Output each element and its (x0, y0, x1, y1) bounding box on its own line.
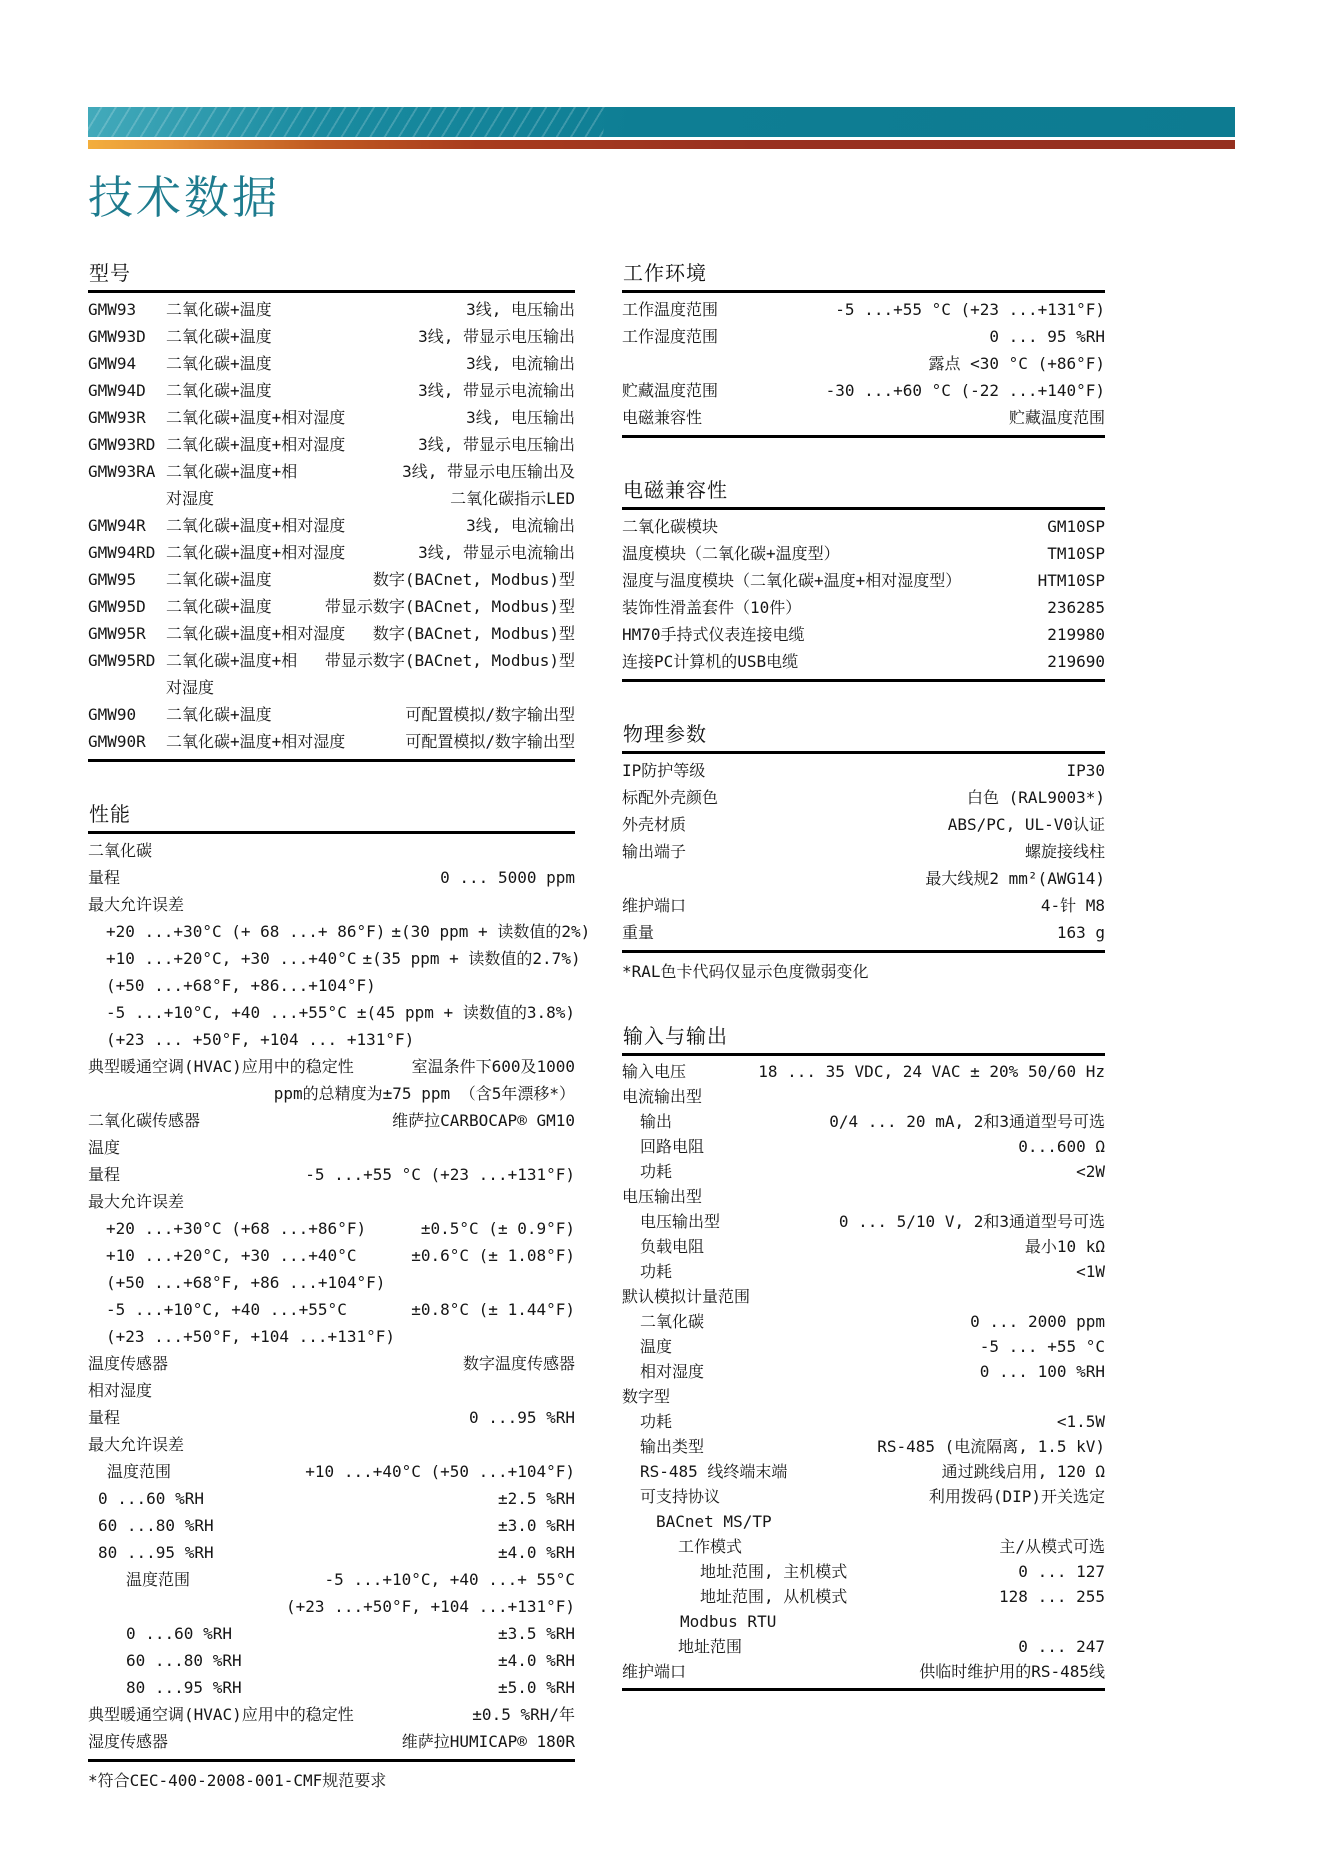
header-banner (88, 107, 1235, 137)
spec-row: 输出类型RS-485 (电流隔离, 1.5 kV) (622, 1434, 1105, 1459)
spec-row: 0 ...60 %RH±3.5 %RH (88, 1620, 575, 1647)
spec-row: 最大允许误差 (88, 1431, 575, 1458)
row-value: 0 ... 95 %RH (724, 323, 1105, 350)
row-key: 连接PC计算机的USB电缆 (622, 648, 798, 675)
row-value: 数字(BACnet, Modbus)型 (278, 566, 575, 593)
section-rows: 二氧化碳量程0 ... 5000 ppm最大允许误差+20 ...+30°C (… (88, 834, 575, 1762)
row-value: 0 ... 127 (853, 1559, 1105, 1584)
spec-row: 连接PC计算机的USB电缆219690 (622, 648, 1105, 675)
row-value: -5 ...+55 °C (+23 ...+131°F) (126, 1161, 575, 1188)
row-value: 18 ... 35 VDC, 24 VAC ± 20% 50/60 Hz (692, 1059, 1105, 1084)
row-key: 二氧化碳模块 (622, 513, 718, 540)
row-value: 0 ... 5000 ppm (126, 864, 575, 891)
row-key: 对湿度 (166, 485, 214, 512)
row-key: 输出端子 (622, 838, 686, 865)
section-physical: 物理参数IP防护等级IP30标配外壳颜色白色 (RAL9003*)外壳材质ABS… (622, 718, 1105, 984)
row-key: 二氧化碳+温度+相对湿度 (166, 620, 345, 647)
spec-row: 地址范围, 主机模式0 ... 127 (622, 1559, 1105, 1584)
row-value: 3线, 电流输出 (278, 350, 575, 377)
model-row: GMW93RD二氧化碳+温度+相对湿度3线, 带显示电压输出 (88, 431, 575, 458)
row-value: 0 ...95 %RH (126, 1404, 575, 1431)
row-key: 工作湿度范围 (622, 323, 718, 350)
row-key: 温度 (622, 1334, 672, 1359)
row-value: HTM10SP (967, 567, 1105, 594)
model-code: GMW93RD (88, 431, 160, 458)
row-value: 利用拨码(DIP)开关选定 (726, 1484, 1105, 1509)
model-row: GMW93D二氧化碳+温度3线, 带显示电压输出 (88, 323, 575, 350)
row-value: <2W (678, 1159, 1105, 1184)
spec-row: 典型暖通空调(HVAC)应用中的稳定性室温条件下600及1000 (88, 1053, 575, 1080)
row-key: 二氧化碳+温度 (166, 566, 272, 593)
row-key: 电压输出型 (622, 1209, 720, 1234)
spec-row: 电压输出型 (622, 1184, 1105, 1209)
spec-row: 重量163 g (622, 919, 1105, 946)
row-value: 3线, 带显示电压输出 (351, 431, 575, 458)
row-key: 湿度传感器 (88, 1728, 168, 1755)
row-value: 0 ... 5/10 V, 2和3通道型号可选 (726, 1209, 1105, 1234)
spec-row: 典型暖通空调(HVAC)应用中的稳定性±0.5 %RH/年 (88, 1701, 575, 1728)
model-code: GMW90R (88, 728, 160, 755)
row-key: 量程 (88, 1161, 120, 1188)
row-value: ±2.5 %RH (210, 1485, 575, 1512)
row-key: 温度传感器 (88, 1350, 168, 1377)
row-key: 二氧化碳+温度+相 (166, 458, 297, 485)
spec-row: 最大允许误差 (88, 1188, 575, 1215)
row-value: 3线, 带显示电流输出 (278, 377, 575, 404)
model-code: GMW93D (88, 323, 160, 350)
spec-row: +10 ...+20°C, +30 ...+40°C±(35 ppm + 读数值… (88, 945, 575, 972)
model-row: GMW93二氧化碳+温度3线, 电压输出 (88, 296, 575, 323)
row-key: 温度范围 (88, 1566, 190, 1593)
spec-row: 温度 (88, 1134, 575, 1161)
content-columns: 型号GMW93二氧化碳+温度3线, 电压输出GMW93D二氧化碳+温度3线, 带… (88, 257, 1235, 1793)
row-key: 最大允许误差 (88, 1188, 184, 1215)
row-value: 带显示数字(BACnet, Modbus)型 (278, 593, 575, 620)
row-value: 0 ... 2000 ppm (710, 1309, 1105, 1334)
spec-row: HM70手持式仪表连接电缆219980 (622, 621, 1105, 648)
spec-row: (+23 ...+50°F, +104 ...+131°F) (88, 1593, 575, 1620)
row-key: 温度 (88, 1134, 120, 1161)
row-key: 二氧化碳 (622, 1309, 704, 1334)
row-key: (+50 ...+68°F, +86...+104°F) (88, 972, 376, 999)
spec-row: +20 ...+30°C (+68 ...+86°F)±0.5°C (± 0.9… (88, 1215, 575, 1242)
section-title: 输入与输出 (622, 1020, 1105, 1056)
row-value: 螺旋接线柱 (692, 838, 1105, 865)
model-row: GMW95二氧化碳+温度数字(BACnet, Modbus)型 (88, 566, 575, 593)
section-footnote: *RAL色卡代码仅显示色度微弱变化 (622, 953, 1105, 984)
row-value: 0 ... 100 %RH (710, 1359, 1105, 1384)
model-row: GMW95D二氧化碳+温度带显示数字(BACnet, Modbus)型 (88, 593, 575, 620)
row-value: 通过跳线启用, 120 Ω (793, 1459, 1105, 1484)
row-value: 数字(BACnet, Modbus)型 (351, 620, 575, 647)
row-key: 功耗 (622, 1259, 672, 1284)
row-value: GM10SP (724, 513, 1105, 540)
row-value: ±4.0 %RH (220, 1539, 575, 1566)
model-row: 对湿度 (88, 674, 575, 701)
row-key: 电压输出型 (622, 1184, 702, 1209)
spec-row: (+50 ...+68°F, +86 ...+104°F) (88, 1269, 575, 1296)
row-key: 外壳材质 (622, 811, 686, 838)
row-key: HM70手持式仪表连接电缆 (622, 621, 805, 648)
row-value: 128 ... 255 (853, 1584, 1105, 1609)
row-key: 二氧化碳+温度 (166, 701, 272, 728)
spec-row: 可支持协议利用拨码(DIP)开关选定 (622, 1484, 1105, 1509)
spec-row: 湿度传感器维萨拉HUMICAP® 180R (88, 1728, 575, 1755)
row-key: -5 ...+10°C, +40 ...+55°C (88, 999, 347, 1026)
row-value: ±3.5 %RH (238, 1620, 575, 1647)
section-performance: 性能二氧化碳量程0 ... 5000 ppm最大允许误差+20 ...+30°C… (88, 798, 575, 1793)
section-rows: GMW93二氧化碳+温度3线, 电压输出GMW93D二氧化碳+温度3线, 带显示… (88, 293, 575, 762)
section-rows: IP防护等级IP30标配外壳颜色白色 (RAL9003*)外壳材质ABS/PC,… (622, 754, 1105, 953)
spec-row: 电压输出型0 ... 5/10 V, 2和3通道型号可选 (622, 1209, 1105, 1234)
row-key: 二氧化碳+温度+相对湿度 (166, 539, 345, 566)
model-row: GMW93R二氧化碳+温度+相对湿度3线, 电压输出 (88, 404, 575, 431)
spec-row: 二氧化碳 (88, 837, 575, 864)
spec-row: 外壳材质ABS/PC, UL-V0认证 (622, 811, 1105, 838)
spec-row: Modbus RTU (622, 1609, 1105, 1634)
spec-row: 温度传感器数字温度传感器 (88, 1350, 575, 1377)
model-code: GMW95R (88, 620, 160, 647)
row-value: 3线, 带显示电压输出 (278, 323, 575, 350)
datasheet-page: 技术数据 型号GMW93二氧化碳+温度3线, 电压输出GMW93D二氧化碳+温度… (0, 107, 1323, 1849)
row-value: 室温条件下600及1000 (360, 1053, 575, 1080)
model-row: GMW95R二氧化碳+温度+相对湿度数字(BACnet, Modbus)型 (88, 620, 575, 647)
section-title: 性能 (88, 798, 575, 834)
row-key: 默认模拟计量范围 (622, 1284, 750, 1309)
spec-row: 露点 <30 °C (+86°F) (622, 350, 1105, 377)
spec-row: 地址范围, 从机模式128 ... 255 (622, 1584, 1105, 1609)
row-key: IP防护等级 (622, 757, 705, 784)
spec-row: 量程0 ... 5000 ppm (88, 864, 575, 891)
row-key: 相对湿度 (622, 1359, 704, 1384)
row-key: 地址范围 (622, 1634, 742, 1659)
row-value: 白色 (RAL9003*) (724, 784, 1105, 811)
spec-row: 默认模拟计量范围 (622, 1284, 1105, 1309)
model-code: GMW94RD (88, 539, 160, 566)
row-key: 典型暖通空调(HVAC)应用中的稳定性 (88, 1701, 354, 1728)
spec-row: 相对湿度0 ... 100 %RH (622, 1359, 1105, 1384)
spec-row: 装饰性滑盖套件（10件）236285 (622, 594, 1105, 621)
spec-row: IP防护等级IP30 (622, 757, 1105, 784)
model-code: GMW94R (88, 512, 160, 539)
row-key: 功耗 (622, 1409, 672, 1434)
spec-row: 二氧化碳传感器维萨拉CARBOCAP® GM10 (88, 1107, 575, 1134)
row-value: 带显示数字(BACnet, Modbus)型 (303, 647, 575, 674)
row-key: 二氧化碳+温度+相对湿度 (166, 512, 345, 539)
row-value: 维萨拉HUMICAP® 180R (174, 1728, 575, 1755)
model-row: GMW94RD二氧化碳+温度+相对湿度3线, 带显示电流输出 (88, 539, 575, 566)
row-value: -5 ...+10°C, +40 ...+ 55°C (196, 1566, 575, 1593)
row-value: 供临时维护用的RS-485线 (692, 1659, 1105, 1684)
row-value: 数字温度传感器 (174, 1350, 575, 1377)
row-key: 二氧化碳+温度+相对湿度 (166, 431, 345, 458)
row-value: ±0.5 %RH/年 (360, 1701, 575, 1728)
model-row: 对湿度二氧化碳指示LED (88, 485, 575, 512)
row-key: 输出类型 (622, 1434, 704, 1459)
spec-row: 回路电阻0...600 Ω (622, 1134, 1105, 1159)
spec-row: 输出端子螺旋接线柱 (622, 838, 1105, 865)
row-key: 二氧化碳+温度 (166, 377, 272, 404)
row-key: 标配外壳颜色 (622, 784, 718, 811)
spec-row: ppm的总精度为±75 ppm （含5年漂移*） (88, 1080, 575, 1107)
row-value: ±(35 ppm + 读数值的2.7%) (362, 945, 580, 972)
spec-row: 温度范围+10 ...+40°C (+50 ...+104°F) (88, 1458, 575, 1485)
spec-row: 量程0 ...95 %RH (88, 1404, 575, 1431)
spec-row: 最大线规2 mm²(AWG14) (622, 865, 1105, 892)
spec-row: 湿度与温度模块（二氧化碳+温度+相对湿度型）HTM10SP (622, 567, 1105, 594)
left-column: 型号GMW93二氧化碳+温度3线, 电压输出GMW93D二氧化碳+温度3线, 带… (88, 257, 575, 1793)
section-inputs-outputs: 输入与输出输入电压18 ... 35 VDC, 24 VAC ± 20% 50/… (622, 1020, 1105, 1691)
row-value: 最小10 kΩ (710, 1234, 1105, 1259)
row-value: ±(45 ppm + 读数值的3.8%) (353, 999, 575, 1026)
spec-row: 60 ...80 %RH±3.0 %RH (88, 1512, 575, 1539)
row-value: IP30 (711, 757, 1105, 784)
row-value: -5 ... +55 °C (678, 1334, 1105, 1359)
model-row: GMW90二氧化碳+温度可配置模拟/数字输出型 (88, 701, 575, 728)
spec-row: 80 ...95 %RH±4.0 %RH (88, 1539, 575, 1566)
spec-row: 温度模块（二氧化碳+温度型）TM10SP (622, 540, 1105, 567)
spec-row: 电磁兼容性贮藏温度范围 (622, 404, 1105, 431)
section-rows: 工作温度范围-5 ...+55 °C (+23 ...+131°F)工作湿度范围… (622, 293, 1105, 438)
spec-row: 工作模式主/从模式可选 (622, 1534, 1105, 1559)
row-value: ppm的总精度为±75 ppm （含5年漂移*） (94, 1080, 575, 1107)
row-key: 地址范围, 从机模式 (622, 1584, 847, 1609)
row-key: RS-485 线终端末端 (622, 1459, 787, 1484)
model-code: GMW95RD (88, 647, 160, 674)
row-key: 二氧化碳+温度 (166, 323, 272, 350)
row-key: 输入电压 (622, 1059, 686, 1084)
section-emc-spare-parts: 电磁兼容性二氧化碳模块GM10SP温度模块（二氧化碳+温度型）TM10SP湿度与… (622, 474, 1105, 682)
right-column: 工作环境工作温度范围-5 ...+55 °C (+23 ...+131°F)工作… (622, 257, 1105, 1691)
spec-row: 工作湿度范围0 ... 95 %RH (622, 323, 1105, 350)
row-key: -5 ...+10°C, +40 ...+55°C (88, 1296, 347, 1323)
row-value: ±(30 ppm + 读数值的2%) (391, 918, 590, 945)
spec-row: 功耗<1W (622, 1259, 1105, 1284)
spec-row: BACnet MS/TP (622, 1509, 1105, 1534)
row-key: 0 ...60 %RH (88, 1485, 204, 1512)
row-value: TM10SP (846, 540, 1105, 567)
row-key: 80 ...95 %RH (88, 1674, 242, 1701)
row-value: 3线, 电流输出 (351, 512, 575, 539)
section-operating-environment: 工作环境工作温度范围-5 ...+55 °C (+23 ...+131°F)工作… (622, 257, 1105, 438)
row-value: 露点 <30 °C (+86°F) (628, 350, 1105, 377)
row-value: 3线, 电压输出 (278, 296, 575, 323)
row-value: 219690 (804, 648, 1105, 675)
row-value: 219980 (811, 621, 1105, 648)
row-value: 0 ... 247 (748, 1634, 1105, 1659)
row-key: 重量 (622, 919, 654, 946)
section-title: 工作环境 (622, 257, 1105, 293)
spec-row: 负载电阻最小10 kΩ (622, 1234, 1105, 1259)
row-key: +10 ...+20°C, +30 ...+40°C (88, 1242, 356, 1269)
section-models: 型号GMW93二氧化碳+温度3线, 电压输出GMW93D二氧化碳+温度3线, 带… (88, 257, 575, 762)
row-key: 温度模块（二氧化碳+温度型） (622, 540, 840, 567)
model-code: GMW93R (88, 404, 160, 431)
row-value: 主/从模式可选 (748, 1534, 1105, 1559)
row-key: 数字型 (622, 1384, 670, 1409)
row-key: 工作温度范围 (622, 296, 718, 323)
row-key: 负载电阻 (622, 1234, 704, 1259)
section-rows: 二氧化碳模块GM10SP温度模块（二氧化碳+温度型）TM10SP湿度与温度模块（… (622, 510, 1105, 682)
spec-row: +20 ...+30°C (+ 68 ...+ 86°F)±(30 ppm + … (88, 918, 575, 945)
row-value: <1W (678, 1259, 1105, 1284)
spec-row: 相对湿度 (88, 1377, 575, 1404)
row-key: 贮藏温度范围 (622, 377, 718, 404)
spec-row: 温度范围-5 ...+10°C, +40 ...+ 55°C (88, 1566, 575, 1593)
model-code: GMW90 (88, 701, 160, 728)
row-key: 回路电阻 (622, 1134, 704, 1159)
spec-row: 电流输出型 (622, 1084, 1105, 1109)
row-key: +20 ...+30°C (+ 68 ...+ 86°F) (88, 918, 385, 945)
row-key: 二氧化碳+温度+相 (166, 647, 297, 674)
row-value: ±5.0 %RH (248, 1674, 575, 1701)
row-value: 维萨拉CARBOCAP® GM10 (206, 1107, 575, 1134)
row-value: +10 ...+40°C (+50 ...+104°F) (177, 1458, 575, 1485)
spec-row: 维护端口供临时维护用的RS-485线 (622, 1659, 1105, 1684)
row-key: 量程 (88, 1404, 120, 1431)
spec-row: 地址范围0 ... 247 (622, 1634, 1105, 1659)
spec-row: -5 ...+10°C, +40 ...+55°C±0.8°C (± 1.44°… (88, 1296, 575, 1323)
row-value: 3线, 电压输出 (351, 404, 575, 431)
row-key: 维护端口 (622, 1659, 686, 1684)
spec-row: 80 ...95 %RH±5.0 %RH (88, 1674, 575, 1701)
spec-row: 标配外壳颜色白色 (RAL9003*) (622, 784, 1105, 811)
row-key: 可支持协议 (622, 1484, 720, 1509)
row-key: BACnet MS/TP (622, 1509, 772, 1534)
section-title: 物理参数 (622, 718, 1105, 754)
model-row: GMW94R二氧化碳+温度+相对湿度3线, 电流输出 (88, 512, 575, 539)
model-row: GMW93RA二氧化碳+温度+相3线, 带显示电压输出及 (88, 458, 575, 485)
row-value: ±0.5°C (± 0.9°F) (372, 1215, 575, 1242)
row-value: 3线, 带显示电压输出及 (303, 458, 575, 485)
spec-row: (+23 ...+50°F, +104 ...+131°F) (88, 1323, 575, 1350)
spec-row: -5 ...+10°C, +40 ...+55°C±(45 ppm + 读数值的… (88, 999, 575, 1026)
row-key: 二氧化碳+温度 (166, 593, 272, 620)
row-key: 二氧化碳传感器 (88, 1107, 200, 1134)
row-key: 功耗 (622, 1159, 672, 1184)
row-value: 二氧化碳指示LED (220, 485, 575, 512)
row-key: 温度范围 (88, 1458, 171, 1485)
row-value: 3线, 带显示电流输出 (351, 539, 575, 566)
row-value: 可配置模拟/数字输出型 (351, 728, 575, 755)
spec-row: 量程-5 ...+55 °C (+23 ...+131°F) (88, 1161, 575, 1188)
spec-row: 数字型 (622, 1384, 1105, 1409)
row-value: RS-485 (电流隔离, 1.5 kV) (710, 1434, 1105, 1459)
row-key: 二氧化碳+温度+相对湿度 (166, 404, 345, 431)
model-code: GMW95D (88, 593, 160, 620)
spec-row: 工作温度范围-5 ...+55 °C (+23 ...+131°F) (622, 296, 1105, 323)
model-code: GMW95 (88, 566, 160, 593)
row-value: 4-针 M8 (692, 892, 1105, 919)
spec-row: 功耗<1.5W (622, 1409, 1105, 1434)
spec-row: 二氧化碳模块GM10SP (622, 513, 1105, 540)
row-key: 最大允许误差 (88, 891, 184, 918)
row-key: 二氧化碳 (88, 837, 152, 864)
spec-row: 贮藏温度范围-30 ...+60 °C (-22 ...+140°F) (622, 377, 1105, 404)
model-row: GMW94二氧化碳+温度3线, 电流输出 (88, 350, 575, 377)
spec-row: 最大允许误差 (88, 891, 575, 918)
row-value: 最大线规2 mm²(AWG14) (628, 865, 1105, 892)
row-key: 60 ...80 %RH (88, 1512, 214, 1539)
row-key: 60 ...80 %RH (88, 1647, 242, 1674)
row-key: 维护端口 (622, 892, 686, 919)
row-key: 相对湿度 (88, 1377, 152, 1404)
spec-row: 0 ...60 %RH±2.5 %RH (88, 1485, 575, 1512)
model-code: GMW93 (88, 296, 160, 323)
row-value: 163 g (660, 919, 1105, 946)
model-code: GMW94 (88, 350, 160, 377)
model-code: GMW93RA (88, 458, 160, 485)
row-value: 0/4 ... 20 mA, 2和3通道型号可选 (678, 1109, 1105, 1134)
row-key: 典型暖通空调(HVAC)应用中的稳定性 (88, 1053, 354, 1080)
model-row: GMW95RD二氧化碳+温度+相带显示数字(BACnet, Modbus)型 (88, 647, 575, 674)
row-key: 电流输出型 (622, 1084, 702, 1109)
row-key: 对湿度 (166, 674, 214, 701)
spec-row: 维护端口4-针 M8 (622, 892, 1105, 919)
row-key: 0 ...60 %RH (88, 1620, 232, 1647)
row-key: 量程 (88, 864, 120, 891)
spec-row: +10 ...+20°C, +30 ...+40°C±0.6°C (± 1.08… (88, 1242, 575, 1269)
row-value: 贮藏温度范围 (708, 404, 1105, 431)
section-title: 电磁兼容性 (622, 474, 1105, 510)
row-value: ABS/PC, UL-V0认证 (692, 811, 1105, 838)
row-key: 80 ...95 %RH (88, 1539, 214, 1566)
row-key: (+50 ...+68°F, +86 ...+104°F) (88, 1269, 385, 1296)
row-key: (+23 ... +50°F, +104 ... +131°F) (88, 1026, 414, 1053)
row-key: 湿度与温度模块（二氧化碳+温度+相对湿度型） (622, 567, 961, 594)
row-value: ±3.0 %RH (220, 1512, 575, 1539)
row-value: -5 ...+55 °C (+23 ...+131°F) (724, 296, 1105, 323)
spec-row: 输出0/4 ... 20 mA, 2和3通道型号可选 (622, 1109, 1105, 1134)
row-key: 输出 (622, 1109, 672, 1134)
row-value: -30 ...+60 °C (-22 ...+140°F) (724, 377, 1105, 404)
spec-row: 功耗<2W (622, 1159, 1105, 1184)
header-stripe (88, 140, 1235, 149)
row-value: 0...600 Ω (710, 1134, 1105, 1159)
model-row: GMW94D二氧化碳+温度3线, 带显示电流输出 (88, 377, 575, 404)
row-key: +10 ...+20°C, +30 ...+40°C (88, 945, 356, 972)
row-value: ±0.6°C (± 1.08°F) (362, 1242, 575, 1269)
row-key: Modbus RTU (622, 1609, 776, 1634)
spec-row: 输入电压18 ... 35 VDC, 24 VAC ± 20% 50/60 Hz (622, 1059, 1105, 1084)
page-title: 技术数据 (88, 173, 1235, 223)
spec-row: (+23 ... +50°F, +104 ... +131°F) (88, 1026, 575, 1053)
row-key: +20 ...+30°C (+68 ...+86°F) (88, 1215, 366, 1242)
row-value: (+23 ...+50°F, +104 ...+131°F) (94, 1593, 575, 1620)
row-key: 最大允许误差 (88, 1431, 184, 1458)
row-value: ±0.8°C (± 1.44°F) (353, 1296, 575, 1323)
row-key: 装饰性滑盖套件（10件） (622, 594, 801, 621)
spec-row: 60 ...80 %RH±4.0 %RH (88, 1647, 575, 1674)
row-key: 二氧化碳+温度+相对湿度 (166, 728, 345, 755)
model-row: GMW90R二氧化碳+温度+相对湿度可配置模拟/数字输出型 (88, 728, 575, 755)
row-value: ±4.0 %RH (248, 1647, 575, 1674)
section-title: 型号 (88, 257, 575, 293)
section-rows: 输入电压18 ... 35 VDC, 24 VAC ± 20% 50/60 Hz… (622, 1056, 1105, 1691)
section-footnote: *符合CEC-400-2008-001-CMF规范要求 (88, 1762, 575, 1793)
spec-row: RS-485 线终端末端通过跳线启用, 120 Ω (622, 1459, 1105, 1484)
row-key: 二氧化碳+温度 (166, 296, 272, 323)
spec-row: 温度-5 ... +55 °C (622, 1334, 1105, 1359)
row-value: 可配置模拟/数字输出型 (278, 701, 575, 728)
model-code: GMW94D (88, 377, 160, 404)
spec-row: (+50 ...+68°F, +86...+104°F) (88, 972, 575, 999)
row-key: 二氧化碳+温度 (166, 350, 272, 377)
row-value: <1.5W (678, 1409, 1105, 1434)
row-key: (+23 ...+50°F, +104 ...+131°F) (88, 1323, 395, 1350)
row-value: 236285 (807, 594, 1105, 621)
row-key: 地址范围, 主机模式 (622, 1559, 847, 1584)
